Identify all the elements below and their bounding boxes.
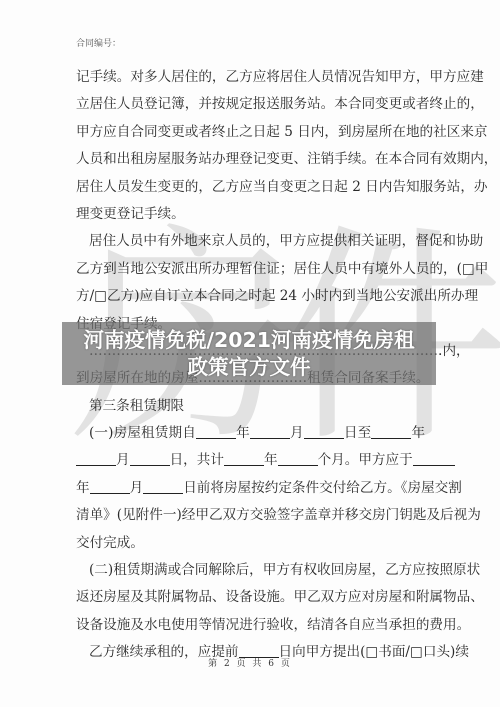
body-line: 理变更登记手续。 — [76, 201, 425, 228]
return-clause-line: 设备设施及水电使用等情况进行验收，结清各自应当承担的费用。 — [76, 612, 425, 639]
banner-title: 河南疫情免税/2021河南疫情免房租政策官方文件 — [69, 327, 430, 381]
body-line: 立居住人员登记簿，并按规定报送服务站。本合同变更或者终止的， — [76, 91, 425, 118]
blank-field-delivery-year[interactable] — [413, 451, 455, 466]
body-line: 清单》(见附件一)经甲乙双方交验签字盖章并移交房门钥匙及后视为 — [76, 502, 425, 529]
label-months: 个月。甲方应于 — [318, 452, 413, 468]
body-line: 方/□乙方)应自订立本合同之时起 24 小时内到当地公安派出所办理 — [76, 283, 425, 310]
blank-field-total-years[interactable] — [224, 451, 264, 466]
return-clause-line: 返还房屋及其附属物品、设备设施。甲乙双方应对房屋和附属物品、 — [76, 584, 425, 611]
blank-field-delivery-month[interactable] — [90, 479, 130, 494]
label-day-total: 日，共计 — [170, 452, 224, 468]
lease-term-line-1: (一)房屋租赁期自年月日至年 — [76, 420, 425, 447]
section-heading-lease-term: 第三条租赁期限 — [76, 393, 425, 420]
delivery-clause-text: 日前将房屋按约定条件交付给乙方。《房屋交割 — [183, 480, 462, 496]
blank-field-start-day[interactable] — [304, 424, 344, 439]
return-clause-line: (二)租赁期满或合同解除后，甲方有权收回房屋，乙方应按照原状 — [76, 557, 425, 584]
label-month: 月 — [130, 480, 144, 496]
label-year: 年 — [264, 452, 278, 468]
contract-number-label: 合同编号： — [76, 36, 121, 49]
blank-field-start-month[interactable] — [250, 424, 290, 439]
blank-field-total-months[interactable] — [278, 451, 318, 466]
body-line: 交付完成。 — [76, 530, 425, 557]
body-line: 居住人员中有外地来京人员的，甲方应提供相关证明，督促和协助 — [76, 228, 425, 255]
label-year: 年 — [76, 480, 90, 496]
blank-field-start-year[interactable] — [196, 424, 236, 439]
body-line: 甲方应自合同变更或者终止之日起 5 日内，到房屋所在地的社区来京 — [76, 119, 425, 146]
body-line: 居住人员发生变更的，乙方应当自变更之日起 2 日内告知服务站，办 — [76, 174, 425, 201]
label-year: 年 — [236, 425, 250, 441]
document-page: 房件 合同编号： 记手续。对多人居住的，乙方应将居住人员情况告知甲方，甲方应建 … — [0, 0, 500, 707]
blank-field-end-year[interactable] — [371, 424, 411, 439]
label-year: 年 — [411, 425, 425, 441]
blank-field-end-day[interactable] — [130, 451, 170, 466]
body-line: 记手续。对多人居住的，乙方应将居住人员情况告知甲方，甲方应建 — [76, 64, 425, 91]
blank-field-end-month[interactable] — [76, 451, 116, 466]
title-banner: 河南疫情免税/2021河南疫情免房租政策官方文件 — [62, 322, 436, 385]
body-line: 乙方到当地公安派出所办理暂住证；居住人员中有境外人员的，(□甲 — [76, 256, 425, 283]
body-line: 人员和出租房屋服务站办理登记变更、注销手续。在本合同有效期内， — [76, 146, 425, 173]
lease-term-line-3: 年月日前将房屋按约定条件交付给乙方。《房屋交割 — [76, 475, 425, 502]
lease-term-line-2: 月日，共计年个月。甲方应于 — [76, 447, 425, 474]
label-month: 月 — [290, 425, 304, 441]
label-day-to: 日至 — [344, 425, 372, 441]
blank-field-delivery-day[interactable] — [143, 479, 183, 494]
lease-start-label: (一)房屋租赁期自 — [89, 425, 196, 441]
page-number: 第 2 页 共 6 页 — [0, 656, 500, 669]
label-month: 月 — [116, 452, 130, 468]
